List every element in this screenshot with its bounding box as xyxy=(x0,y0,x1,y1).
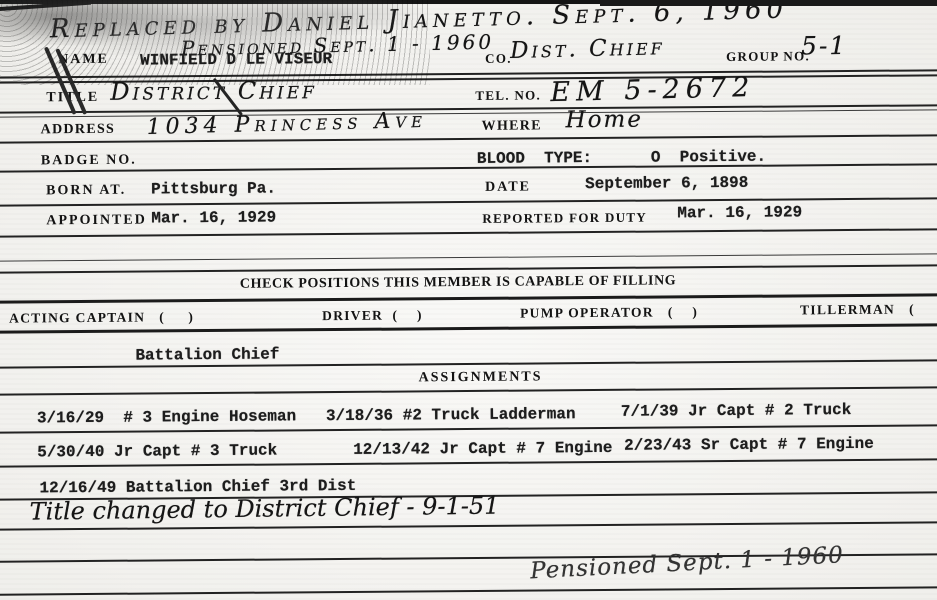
address-label: ADDRESS xyxy=(41,122,116,139)
rule-line xyxy=(0,163,937,172)
assignment-entry: 5/30/40 Jr Capt # 3 Truck xyxy=(37,442,277,462)
tel-no-value: EM 5-2672 xyxy=(550,72,756,108)
rule-line xyxy=(0,293,937,303)
rule-line xyxy=(0,228,937,237)
annotation-title-changed: Title changed to District Chief - 9-1-51 xyxy=(29,492,499,526)
company-value: Dist. Chief xyxy=(510,34,665,64)
tel-no-label: TEL. NO. xyxy=(475,87,541,104)
scan-torn-edge xyxy=(600,0,937,6)
scanned-sheet: Replaced by Daniel Jianetto. Sept. 6, 19… xyxy=(0,0,937,600)
blood-type-value: O Positive. xyxy=(651,148,766,167)
rule-line xyxy=(0,386,937,395)
assignment-entry: 3/16/29 # 3 Engine Hoseman xyxy=(37,407,296,427)
rule-line xyxy=(0,134,937,143)
where-value: Home xyxy=(565,107,643,134)
capable-position-value: Battalion Chief xyxy=(135,345,279,364)
check-positions-heading: CHECK POSITIONS THIS MEMBER IS CAPABLE O… xyxy=(240,273,677,292)
assignment-entry: 7/1/39 Jr Capt # 2 Truck xyxy=(621,401,852,421)
rule-line xyxy=(0,253,937,261)
annotation-pensioned-bottom: Pensioned Sept. 1 - 1960 xyxy=(530,542,845,584)
appointed-label: APPOINTED xyxy=(46,213,147,230)
record-card: Replaced by Daniel Jianetto. Sept. 6, 19… xyxy=(0,0,937,600)
born-at-value: Pittsburg Pa. xyxy=(151,180,276,199)
badge-no-label: BADGE NO. xyxy=(41,153,137,170)
where-label: WHERE xyxy=(482,118,542,134)
appointed-value: Mar. 16, 1929 xyxy=(151,209,276,228)
position-tillerman: TILLERMAN ( xyxy=(800,301,915,318)
position-pump-operator: PUMP OPERATOR ( ) xyxy=(520,304,698,321)
blood-type-label: BLOOD TYPE: xyxy=(477,149,592,168)
rule-line xyxy=(0,586,937,595)
assignment-entry: 3/18/36 #2 Truck Ladderman xyxy=(326,405,576,425)
born-at-label: BORN AT. xyxy=(46,183,126,200)
date-label: DATE xyxy=(485,180,531,196)
company-label: CO. xyxy=(485,51,512,67)
rule-line xyxy=(0,264,937,273)
group-no-value: 5-1 xyxy=(801,31,847,60)
group-no-label: GROUP NO. xyxy=(726,48,810,65)
reported-for-duty-value: Mar. 16, 1929 xyxy=(677,203,802,222)
assignments-heading: ASSIGNMENTS xyxy=(419,369,543,386)
position-driver: DRIVER ( ) xyxy=(322,307,423,324)
position-acting-captain: ACTING CAPTAIN ( ) xyxy=(9,309,194,326)
address-value: 1034 Princess Ave xyxy=(146,108,427,140)
reported-for-duty-label: REPORTED FOR DUTY xyxy=(482,210,647,227)
name-value: WINFIELD D LE VISEUR xyxy=(140,50,332,70)
assignment-entry: 12/13/42 Jr Capt # 7 Engine xyxy=(353,439,612,459)
date-value: September 6, 1898 xyxy=(585,174,748,193)
assignment-entry: 2/23/43 Sr Capt # 7 Engine xyxy=(624,435,874,455)
